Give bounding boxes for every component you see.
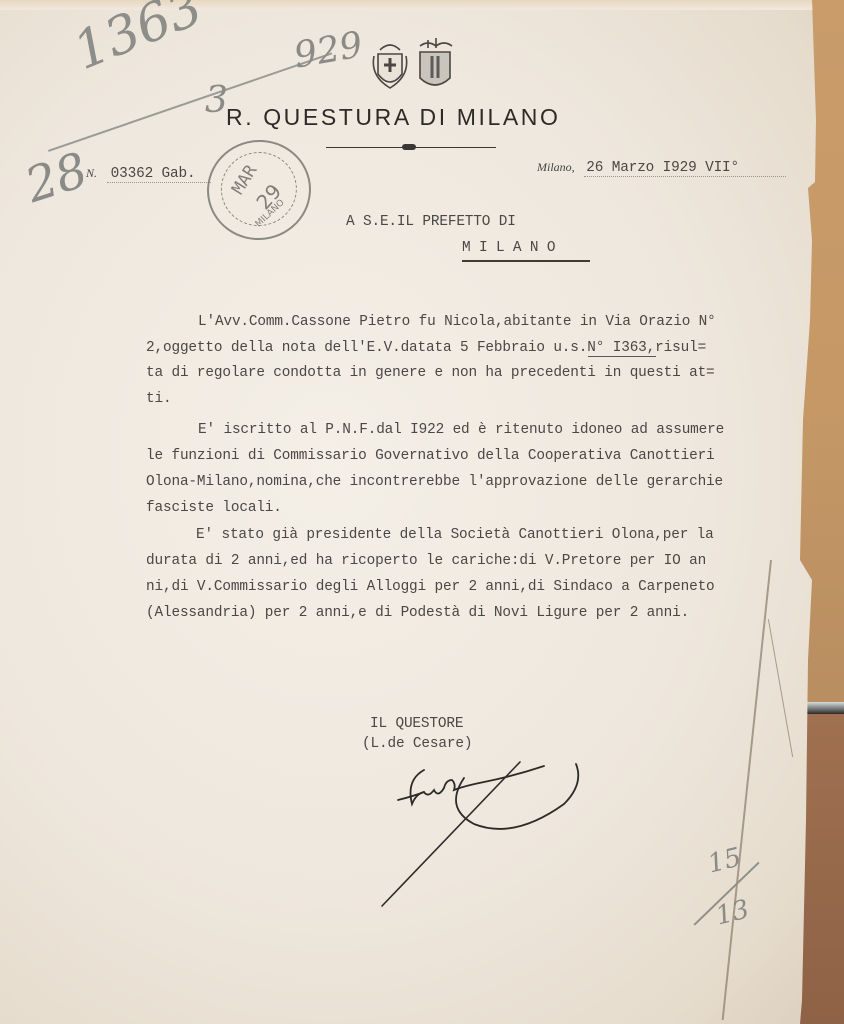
reference-number: N. 03362 Gab. — [86, 164, 211, 183]
title-divider-ornament — [402, 144, 416, 150]
body-line: ta di regolare condotta in genere e non … — [146, 365, 715, 381]
addressee-line-1: A S.E.IL PREFETTO DI — [346, 214, 516, 230]
reference-prefix: N. — [86, 166, 97, 180]
body-line: ni,di V.Commissario degli Alloggi per 2 … — [146, 579, 715, 595]
body-line: durata di 2 anni,ed ha ricoperto le cari… — [146, 553, 706, 569]
date-value: 26 Marzo I929 VII° — [584, 160, 786, 177]
addressee-line-2: M I L A N O — [462, 240, 590, 262]
document-date: Milano, 26 Marzo I929 VII° — [537, 158, 786, 177]
body-line: ti. — [146, 391, 171, 407]
reference-value: 03362 Gab. — [107, 166, 211, 183]
page-title: R. QUESTURA DI MILANO — [226, 104, 560, 131]
body-line: L'Avv.Comm.Cassone Pietro fu Nicola,abit… — [198, 314, 716, 330]
body-line: E' stato già presidente della Società Ca… — [196, 527, 714, 543]
body-line: (Alessandria) per 2 anni,e di Podestà di… — [146, 605, 689, 621]
body-line: Olona-Milano,nomina,che incontrerebbe l'… — [146, 474, 723, 490]
body-line: le funzioni di Commissario Governativo d… — [146, 448, 715, 464]
body-line: 2,oggetto della nota dell'E.V.datata 5 F… — [146, 340, 706, 356]
signatory-title: IL QUESTORE — [370, 716, 463, 732]
pencil-annotation-denominator: 3 — [205, 80, 228, 121]
body-line: E' iscritto al P.N.F.dal I922 ed è riten… — [198, 422, 724, 438]
handwritten-signature — [380, 750, 610, 910]
body-line: fasciste locali. — [146, 500, 282, 516]
coat-of-arms-icon — [370, 36, 460, 96]
date-place: Milano, — [537, 160, 575, 174]
reference-underline — [588, 356, 656, 357]
